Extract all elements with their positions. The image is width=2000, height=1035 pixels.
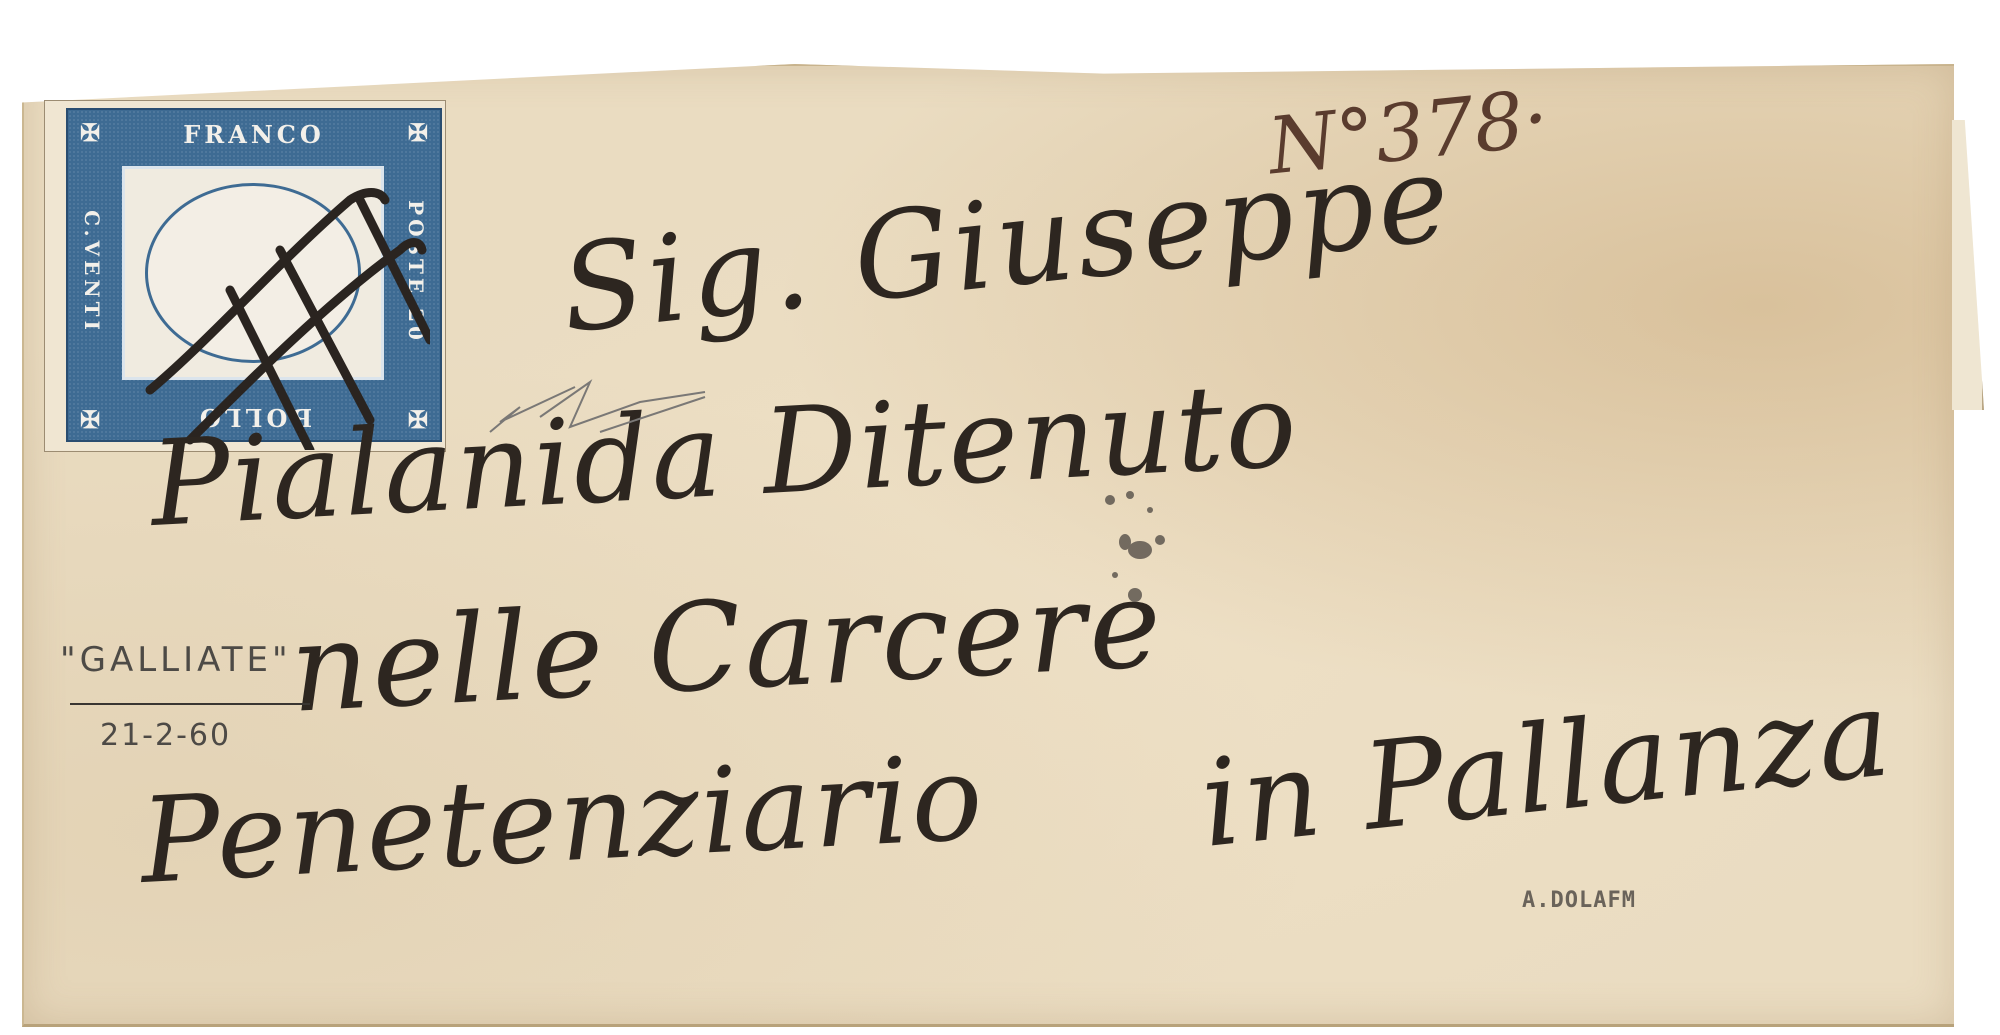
corner-cross-icon: ✠ (80, 405, 100, 434)
cover-flap (1952, 120, 1984, 410)
pencil-date-note: 21-2-60 (100, 718, 231, 753)
backstamp-text: A.DOLAFM (1522, 888, 1636, 913)
pencil-scribble-icon (480, 372, 720, 442)
pencil-underline (70, 703, 310, 705)
stamp-left-text: C.VENTI (80, 152, 104, 392)
pencil-town-note: "GALLIATE" (60, 640, 292, 680)
ink-blot-icon (1090, 480, 1200, 610)
corner-cross-icon: ✠ (80, 118, 100, 147)
